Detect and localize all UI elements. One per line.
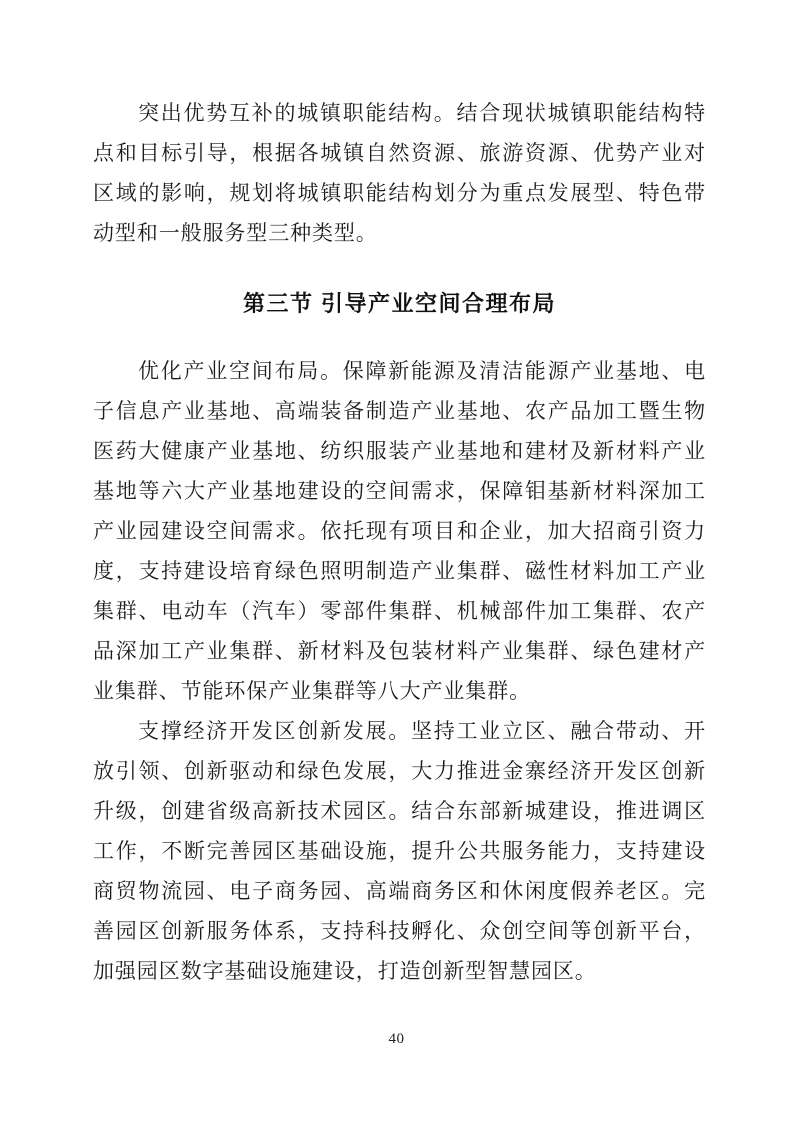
paragraph-industrial-space-layout: 优化产业空间布局。保障新能源及清洁能源产业基地、电子信息产业基地、高端装备制造产…: [93, 351, 706, 711]
document-page: 突出优势互补的城镇职能结构。结合现状城镇职能结构特点和目标引导，根据各城镇自然资…: [0, 0, 793, 1122]
page-content: 突出优势互补的城镇职能结构。结合现状城镇职能结构特点和目标引导，根据各城镇自然资…: [93, 93, 706, 991]
paragraph-development-zone-innovation: 支撑经济开发区创新发展。坚持工业立区、融合带动、开放引领、创新驱动和绿色发展，大…: [93, 711, 706, 991]
section-heading: 第三节 引导产业空间合理布局: [93, 282, 706, 326]
paragraph-urban-functions: 突出优势互补的城镇职能结构。结合现状城镇职能结构特点和目标引导，根据各城镇自然资…: [93, 93, 706, 253]
page-number: 40: [0, 1031, 793, 1048]
